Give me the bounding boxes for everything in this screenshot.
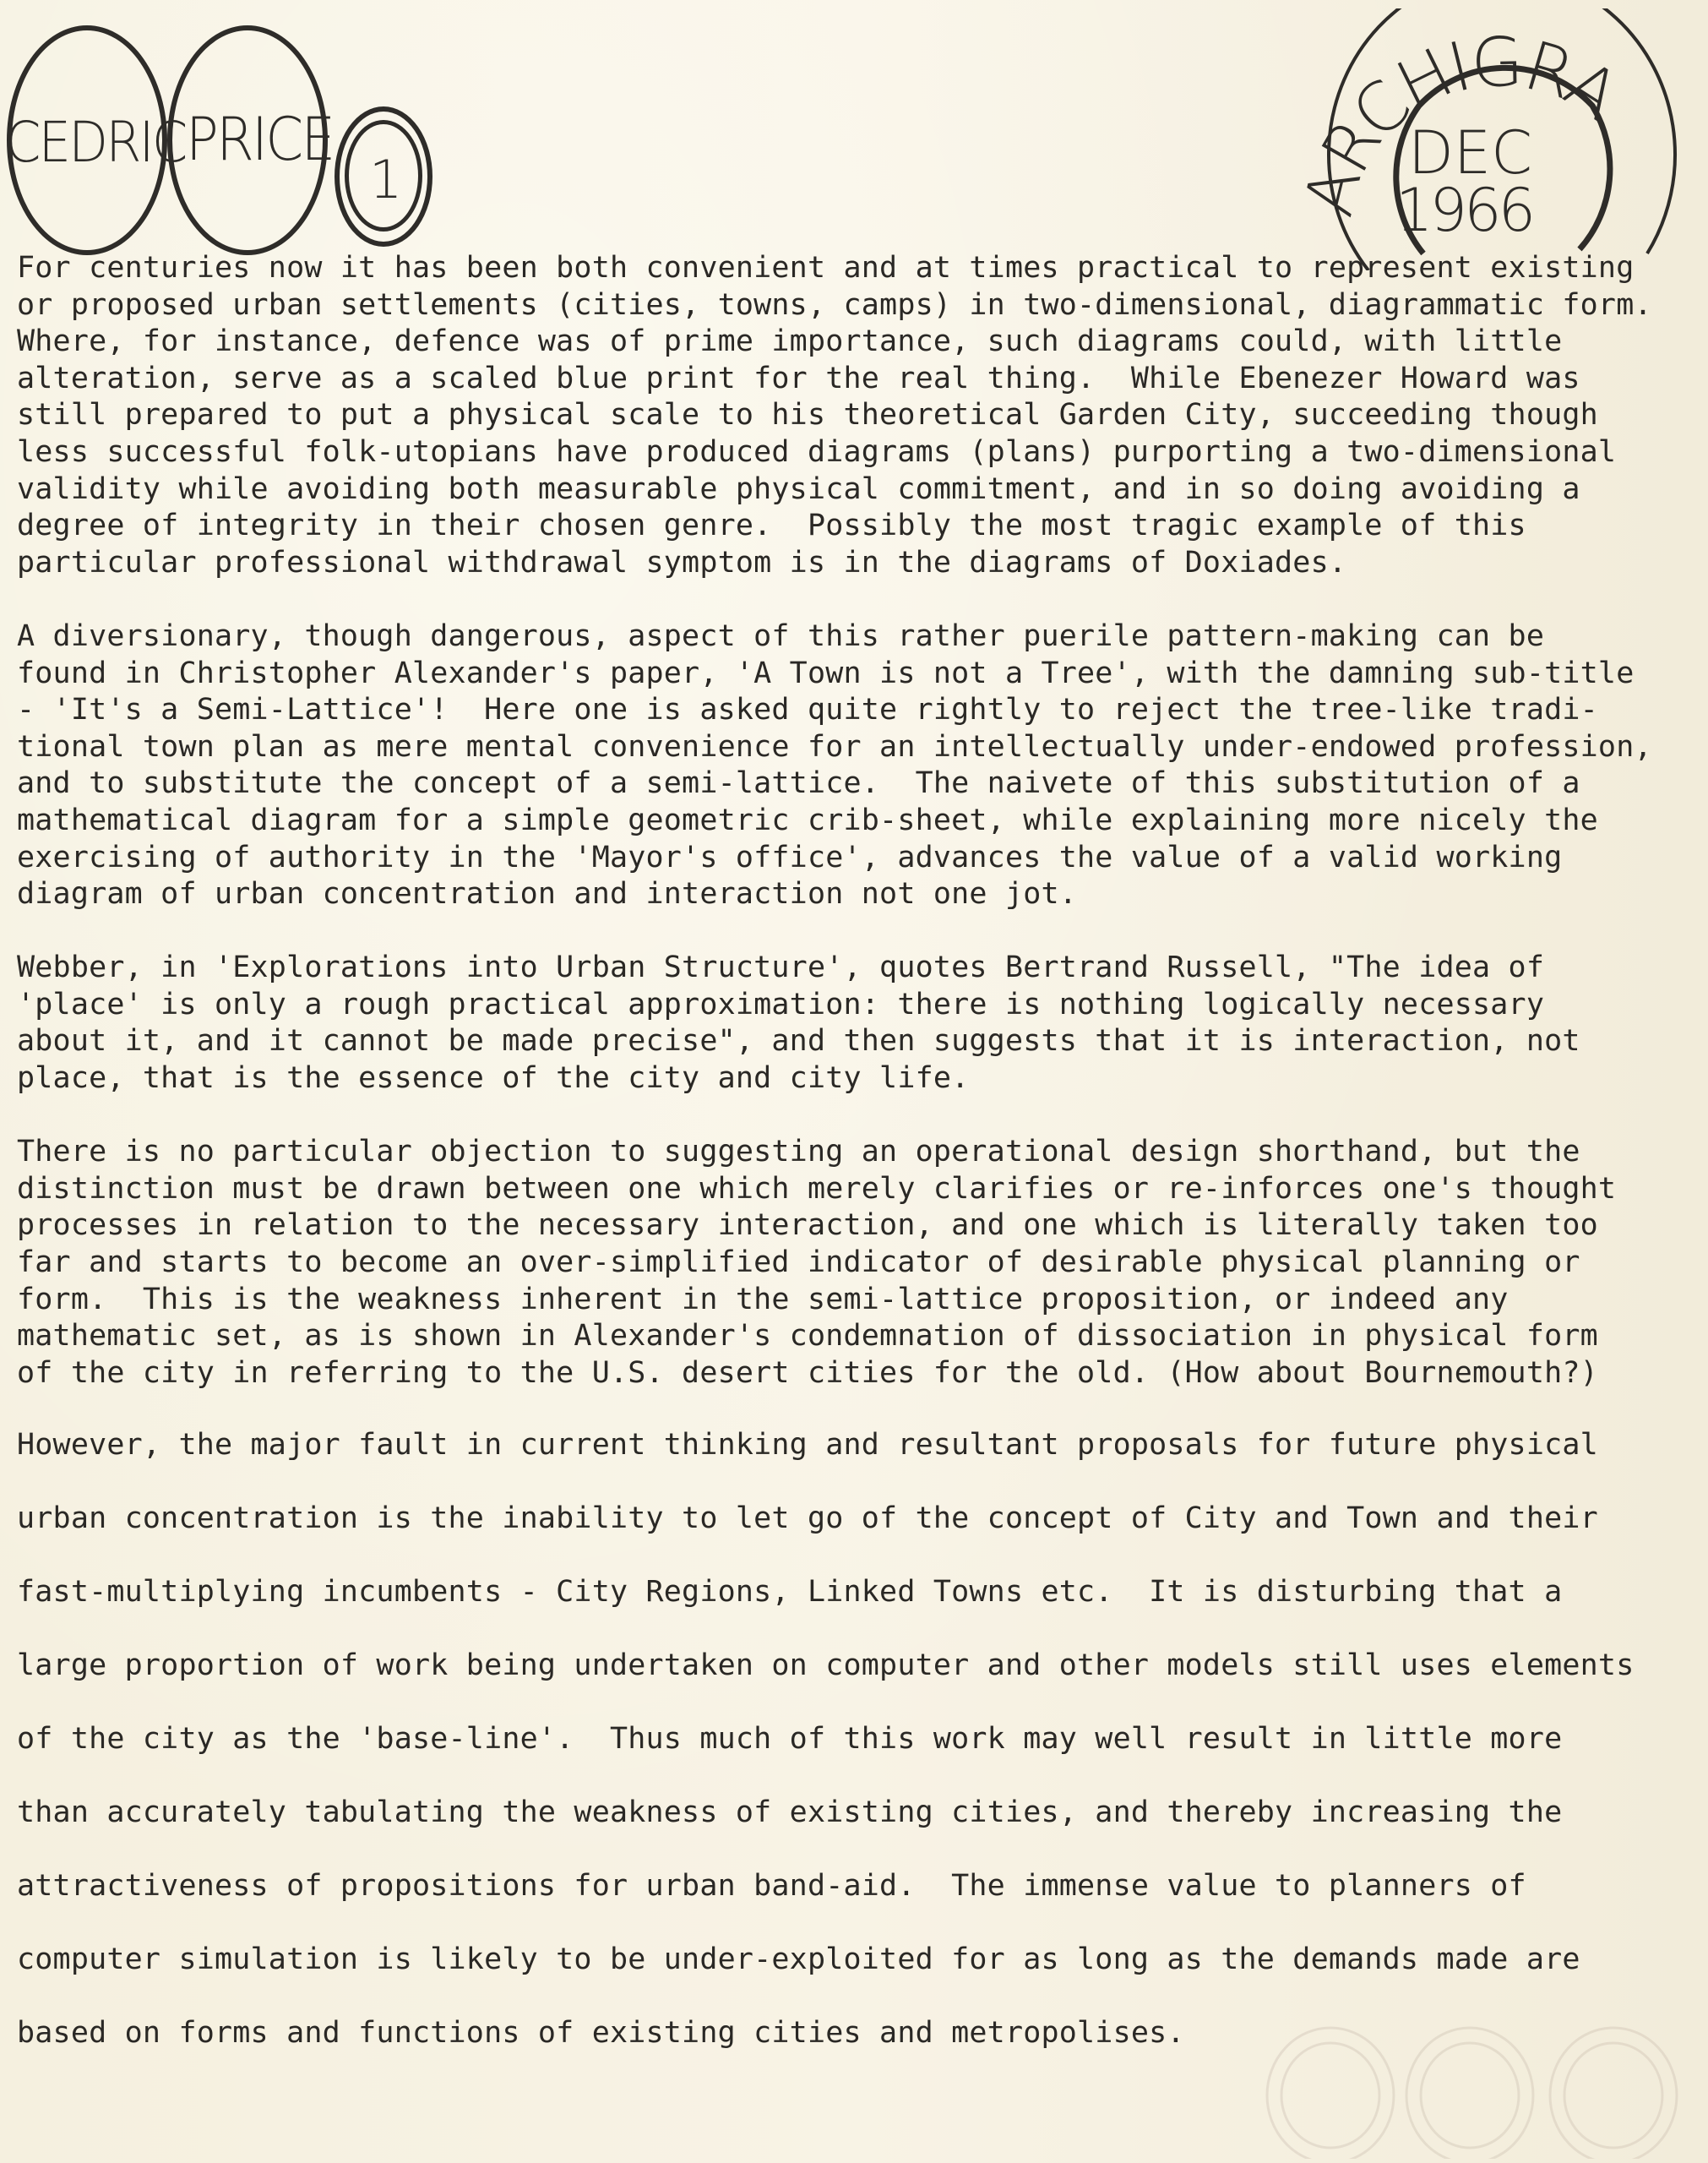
text-line: There is no particular objection to sugg… <box>17 1134 1698 1171</box>
text-line: large proportion of work being undertake… <box>17 1648 1698 1721</box>
paragraph: Webber, in 'Explorations into Urban Stru… <box>17 950 1698 1097</box>
text-line: exercising of authority in the 'Mayor's … <box>17 840 1698 877</box>
text-line: less successful folk-utopians have produ… <box>17 434 1698 471</box>
article-body: For centuries now it has been both conve… <box>17 250 1698 2126</box>
text-line: fast-multiplying incumbents - City Regio… <box>17 1574 1698 1648</box>
text-line: alteration, serve as a scaled blue print… <box>17 361 1698 398</box>
text-line: or proposed urban settlements (cities, t… <box>17 287 1698 324</box>
text-line: form. This is the weakness inherent in t… <box>17 1282 1698 1319</box>
text-line: tional town plan as mere mental convenie… <box>17 729 1698 766</box>
issue-number: 1 <box>369 149 402 210</box>
text-line: For centuries now it has been both conve… <box>17 250 1698 287</box>
logo-word-price: PRICE <box>186 105 333 174</box>
text-line: computer simulation is likely to be unde… <box>17 1942 1698 2015</box>
text-line: and to substitute the concept of a semi-… <box>17 765 1698 803</box>
text-line: 'place' is only a rough practical approx… <box>17 987 1698 1024</box>
text-line: A diversionary, though dangerous, aspect… <box>17 618 1698 656</box>
text-line: of the city in referring to the U.S. des… <box>17 1355 1698 1392</box>
text-line: Webber, in 'Explorations into Urban Stru… <box>17 950 1698 987</box>
text-line: mathematic set, as is shown in Alexander… <box>17 1318 1698 1355</box>
text-line: Where, for instance, defence was of prim… <box>17 324 1698 361</box>
text-line: attractiveness of propositions for urban… <box>17 1868 1698 1942</box>
text-line: far and starts to become an over-simplif… <box>17 1245 1698 1282</box>
stamp-year: 1966 <box>1395 176 1532 245</box>
text-line: distinction must be drawn between one wh… <box>17 1171 1698 1208</box>
text-line: based on forms and functions of existing… <box>17 2015 1698 2089</box>
paragraph: However, the major fault in current thin… <box>17 1427 1698 2089</box>
text-line: than accurately tabulating the weakness … <box>17 1795 1698 1868</box>
text-line: still prepared to put a physical scale t… <box>17 397 1698 434</box>
text-line: place, that is the essence of the city a… <box>17 1060 1698 1098</box>
paragraph: For centuries now it has been both conve… <box>17 250 1698 581</box>
text-line: mathematical diagram for a simple geomet… <box>17 803 1698 840</box>
paragraph: A diversionary, though dangerous, aspect… <box>17 618 1698 913</box>
text-line: particular professional withdrawal sympt… <box>17 545 1698 582</box>
text-line: urban concentration is the inability to … <box>17 1501 1698 1574</box>
text-line: However, the major fault in current thin… <box>17 1427 1698 1501</box>
text-line: validity while avoiding both measurable … <box>17 471 1698 509</box>
text-line: processes in relation to the necessary i… <box>17 1207 1698 1245</box>
text-line: diagram of urban concentration and inter… <box>17 876 1698 913</box>
text-line: of the city as the 'base-line'. Thus muc… <box>17 1721 1698 1795</box>
paragraph: There is no particular objection to sugg… <box>17 1134 1698 1392</box>
text-line: about it, and it cannot be made precise"… <box>17 1023 1698 1060</box>
text-line: - 'It's a Semi-Lattice'! Here one is ask… <box>17 692 1698 729</box>
text-line: found in Christopher Alexander's paper, … <box>17 656 1698 693</box>
logo-word-cedric: CEDRIC <box>5 110 185 175</box>
text-line: degree of integrity in their chosen genr… <box>17 508 1698 545</box>
